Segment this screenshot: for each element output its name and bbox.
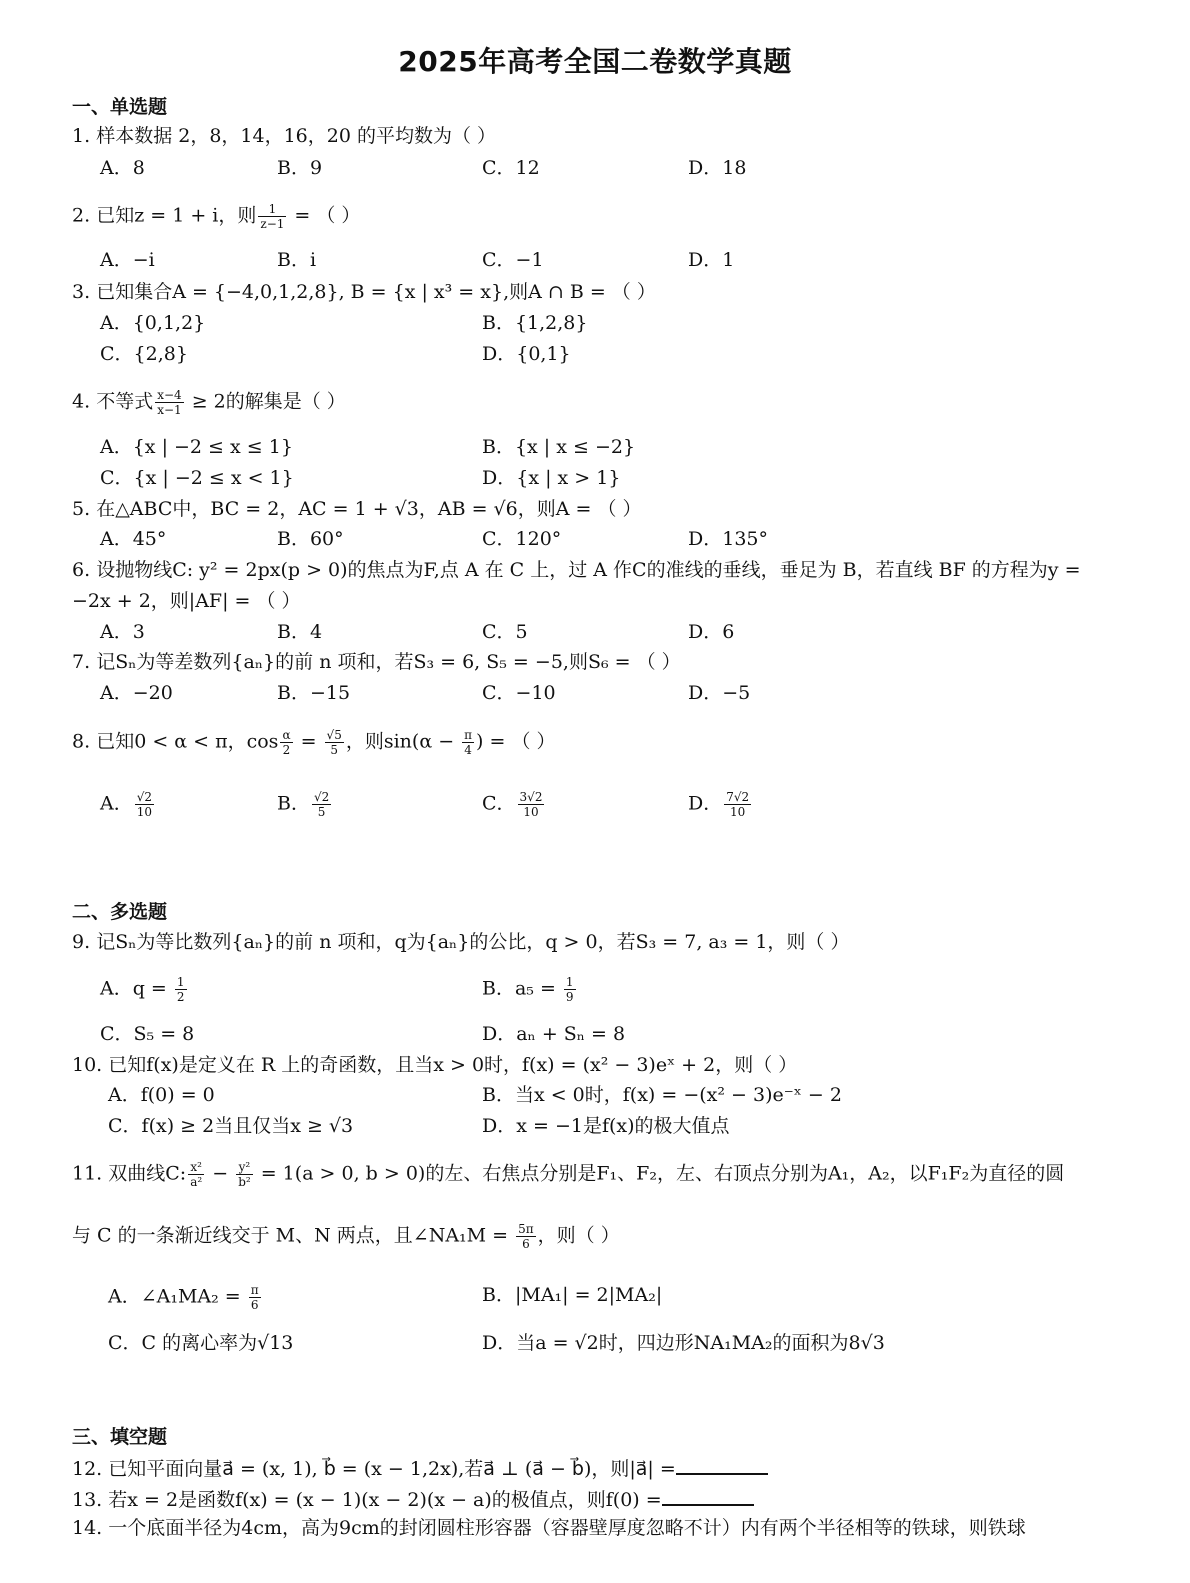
question-number: 3.	[72, 281, 90, 303]
q1-option-a: A．8	[100, 156, 145, 180]
question-number: 1.	[72, 125, 90, 147]
q11-option-c: C．C 的离心率为√13	[108, 1331, 293, 1355]
q4-option-b: B．{x | x ≤ −2}	[482, 435, 635, 459]
q9-option-c: C．S₅ = 8	[100, 1022, 194, 1046]
question-9: 9. 记Sₙ为等比数列{aₙ}的前 n 项和，q为{aₙ}的公比，q > 0，若…	[72, 930, 849, 954]
q11-option-a: A．∠A₁MA₂ = π6	[108, 1283, 263, 1312]
q8-option-d: D．7√210	[688, 790, 753, 819]
q3-option-c: C．{2,8}	[100, 342, 188, 366]
fraction: x−4x−1	[155, 388, 183, 417]
section-heading-fill-in-blank: 三、填空题	[72, 1422, 167, 1449]
q1-option-d: D．18	[688, 156, 746, 180]
q2-option-b: B．i	[277, 248, 316, 272]
question-number: 10.	[72, 1054, 102, 1076]
stem-text: ，则sin	[346, 731, 412, 753]
q8-option-b: B．√25	[277, 790, 333, 819]
fraction: x²a²	[188, 1160, 204, 1189]
stem-text: (α −	[412, 731, 460, 753]
question-number: 4.	[72, 391, 90, 413]
fraction: π4	[462, 728, 474, 757]
q2-option-a: A．−i	[100, 248, 155, 272]
question-number: 11.	[72, 1163, 102, 1185]
q9-option-b: B．a₅ = 19	[482, 975, 578, 1004]
q11-option-d: D．当a = √2时，四边形NA₁MA₂的面积为8√3	[482, 1331, 885, 1355]
fraction: √210	[135, 790, 154, 819]
q4-option-a: A．{x | −2 ≤ x ≤ 1}	[100, 435, 293, 459]
stem-text: =	[295, 731, 323, 753]
q1-option-b: B．9	[277, 156, 322, 180]
question-14: 14. 一个底面半径为4cm，高为9cm的封闭圆柱形容器（容器壁厚度忽略不计）内…	[72, 1516, 1026, 1540]
question-number: 12.	[72, 1458, 102, 1480]
question-stem: 在△ABC中，BC = 2，AC = 1 + √3，AB = √6，则A = （…	[96, 498, 641, 520]
question-number: 6.	[72, 559, 90, 581]
q6-option-c: C．5	[482, 620, 528, 644]
question-3: 3. 已知集合A = {−4,0,1,2,8}, B = {x | x³ = x…	[72, 280, 656, 304]
question-4: 4. 不等式x−4x−1 ≥ 2的解集是（ ）	[72, 388, 346, 417]
stem-text: 与 C 的一条渐近线交于 M、N 两点，且∠NA₁M =	[72, 1225, 514, 1247]
question-number: 5.	[72, 498, 90, 520]
fraction: y²b²	[236, 1160, 253, 1189]
fraction: √55	[325, 728, 344, 757]
q1-option-c: C．12	[482, 156, 540, 180]
page-title: 2025年高考全国二卷数学真题	[0, 40, 1190, 80]
fraction: 12	[175, 975, 187, 1004]
q6-option-a: A．3	[100, 620, 145, 644]
question-stem: 若x = 2是函数f(x) = (x − 1)(x − 2)(x − a)的极值…	[108, 1489, 661, 1511]
answer-blank[interactable]	[662, 1486, 754, 1506]
q8-option-a: A．√210	[100, 790, 156, 819]
fraction: 19	[564, 975, 576, 1004]
q6-option-d: D．6	[688, 620, 734, 644]
q10-option-b: B．当x < 0时，f(x) = −(x² − 3)e⁻ˣ − 2	[482, 1083, 842, 1107]
question-6: 6. 设抛物线C: y² = 2px(p > 0)的焦点为F,点 A 在 C 上…	[72, 558, 1081, 582]
fraction: π6	[249, 1283, 261, 1312]
question-number: 8.	[72, 731, 90, 753]
question-7: 7. 记Sₙ为等差数列{aₙ}的前 n 项和，若S₃ = 6, S₅ = −5,…	[72, 650, 681, 674]
q2-option-c: C．−1	[482, 248, 544, 272]
stem-text: = （ ）	[288, 205, 360, 227]
stem-text: 已知0 < α < π，cos	[96, 731, 278, 753]
fraction: α2	[280, 728, 292, 757]
q7-option-a: A．−20	[100, 681, 173, 705]
question-number: 2.	[72, 205, 90, 227]
question-5: 5. 在△ABC中，BC = 2，AC = 1 + √3，AB = √6，则A …	[72, 497, 642, 521]
fraction: 7√210	[724, 790, 751, 819]
q10-option-d: D．x = −1是f(x)的极大值点	[482, 1114, 730, 1138]
question-stem: 已知集合A = {−4,0,1,2,8}, B = {x | x³ = x},则…	[96, 281, 656, 303]
stem-text: ，则（ ）	[538, 1225, 620, 1247]
question-stem: 记Sₙ为等比数列{aₙ}的前 n 项和，q为{aₙ}的公比，q > 0，若S₃ …	[96, 931, 849, 953]
q10-option-a: A．f(0) = 0	[108, 1083, 215, 1107]
question-stem: 已知f(x)是定义在 R 上的奇函数，且当x > 0时，f(x) = (x² −…	[108, 1054, 797, 1076]
question-stem: 样本数据 2，8，14，16，20 的平均数为（ ）	[96, 125, 496, 147]
question-10: 10. 已知f(x)是定义在 R 上的奇函数，且当x > 0时，f(x) = (…	[72, 1053, 797, 1077]
question-2: 2. 已知z = 1 + i，则1z−1 = （ ）	[72, 202, 360, 231]
stem-text: 不等式	[96, 391, 153, 413]
answer-blank[interactable]	[676, 1455, 768, 1475]
stem-text: 已知z = 1 + i，则	[96, 205, 256, 227]
q3-option-d: D．{0,1}	[482, 342, 571, 366]
stem-text: = 1(a > 0, b > 0)的左、右焦点分别是F₁、F₂，左、右顶点分别为…	[255, 1163, 1065, 1185]
question-stem: 一个底面半径为4cm，高为9cm的封闭圆柱形容器（容器壁厚度忽略不计）内有两个半…	[108, 1517, 1026, 1539]
stem-text: 双曲线C:	[108, 1163, 186, 1185]
question-stem-line1: 设抛物线C: y² = 2px(p > 0)的焦点为F,点 A 在 C 上，过 …	[96, 559, 1080, 581]
q9-option-a: A．q = 12	[100, 975, 189, 1004]
question-number: 7.	[72, 651, 90, 673]
stem-text: −	[206, 1163, 234, 1185]
fraction: 3√210	[518, 790, 545, 819]
q4-option-d: D．{x | x > 1}	[482, 466, 620, 490]
q6-option-b: B．4	[277, 620, 322, 644]
q3-option-b: B．{1,2,8}	[482, 311, 587, 335]
q7-option-c: C．−10	[482, 681, 556, 705]
fraction: 1z−1	[258, 202, 286, 231]
question-11: 11. 双曲线C:x²a² − y²b² = 1(a > 0, b > 0)的左…	[72, 1160, 1064, 1189]
fraction: √25	[312, 790, 331, 819]
question-number: 9.	[72, 931, 90, 953]
q5-option-c: C．120°	[482, 527, 561, 551]
stem-text: ) = （ ）	[476, 731, 555, 753]
q7-option-d: D．−5	[688, 681, 750, 705]
question-stem: 记Sₙ为等差数列{aₙ}的前 n 项和，若S₃ = 6, S₅ = −5,则S₆…	[96, 651, 680, 673]
question-number: 13.	[72, 1489, 102, 1511]
fraction: 5π6	[516, 1222, 536, 1251]
question-12: 12. 已知平面向量a⃗ = (x, 1), b⃗ = (x − 1,2x),若…	[72, 1455, 768, 1481]
stem-text: ≥ 2的解集是（ ）	[186, 391, 346, 413]
question-number: 14.	[72, 1517, 102, 1539]
section-heading-multiple-choice: 二、多选题	[72, 897, 167, 924]
q2-option-d: D．1	[688, 248, 734, 272]
question-8: 8. 已知0 < α < π，cosα2 = √55，则sin(α − π4) …	[72, 728, 556, 757]
q11-option-b: B．|MA₁| = 2|MA₂|	[482, 1283, 662, 1307]
q4-option-c: C．{x | −2 ≤ x < 1}	[100, 466, 294, 490]
q5-option-a: A．45°	[100, 527, 166, 551]
question-1: 1. 样本数据 2，8，14，16，20 的平均数为（ ）	[72, 124, 496, 148]
q9-option-d: D．aₙ + Sₙ = 8	[482, 1022, 625, 1046]
q5-option-d: D．135°	[688, 527, 768, 551]
section-heading-single-choice: 一、单选题	[72, 92, 167, 119]
q10-option-c: C．f(x) ≥ 2当且仅当x ≥ √3	[108, 1114, 353, 1138]
question-13: 13. 若x = 2是函数f(x) = (x − 1)(x − 2)(x − a…	[72, 1486, 754, 1512]
question-6-line2: −2x + 2，则|AF| = （ ）	[72, 589, 301, 613]
q7-option-b: B．−15	[277, 681, 350, 705]
q5-option-b: B．60°	[277, 527, 344, 551]
q8-option-c: C．3√210	[482, 790, 546, 819]
question-stem: 已知平面向量a⃗ = (x, 1), b⃗ = (x − 1,2x),若a⃗ ⊥…	[108, 1458, 676, 1480]
question-11-line2: 与 C 的一条渐近线交于 M、N 两点，且∠NA₁M = 5π6，则（ ）	[72, 1222, 620, 1251]
q3-option-a: A．{0,1,2}	[100, 311, 205, 335]
